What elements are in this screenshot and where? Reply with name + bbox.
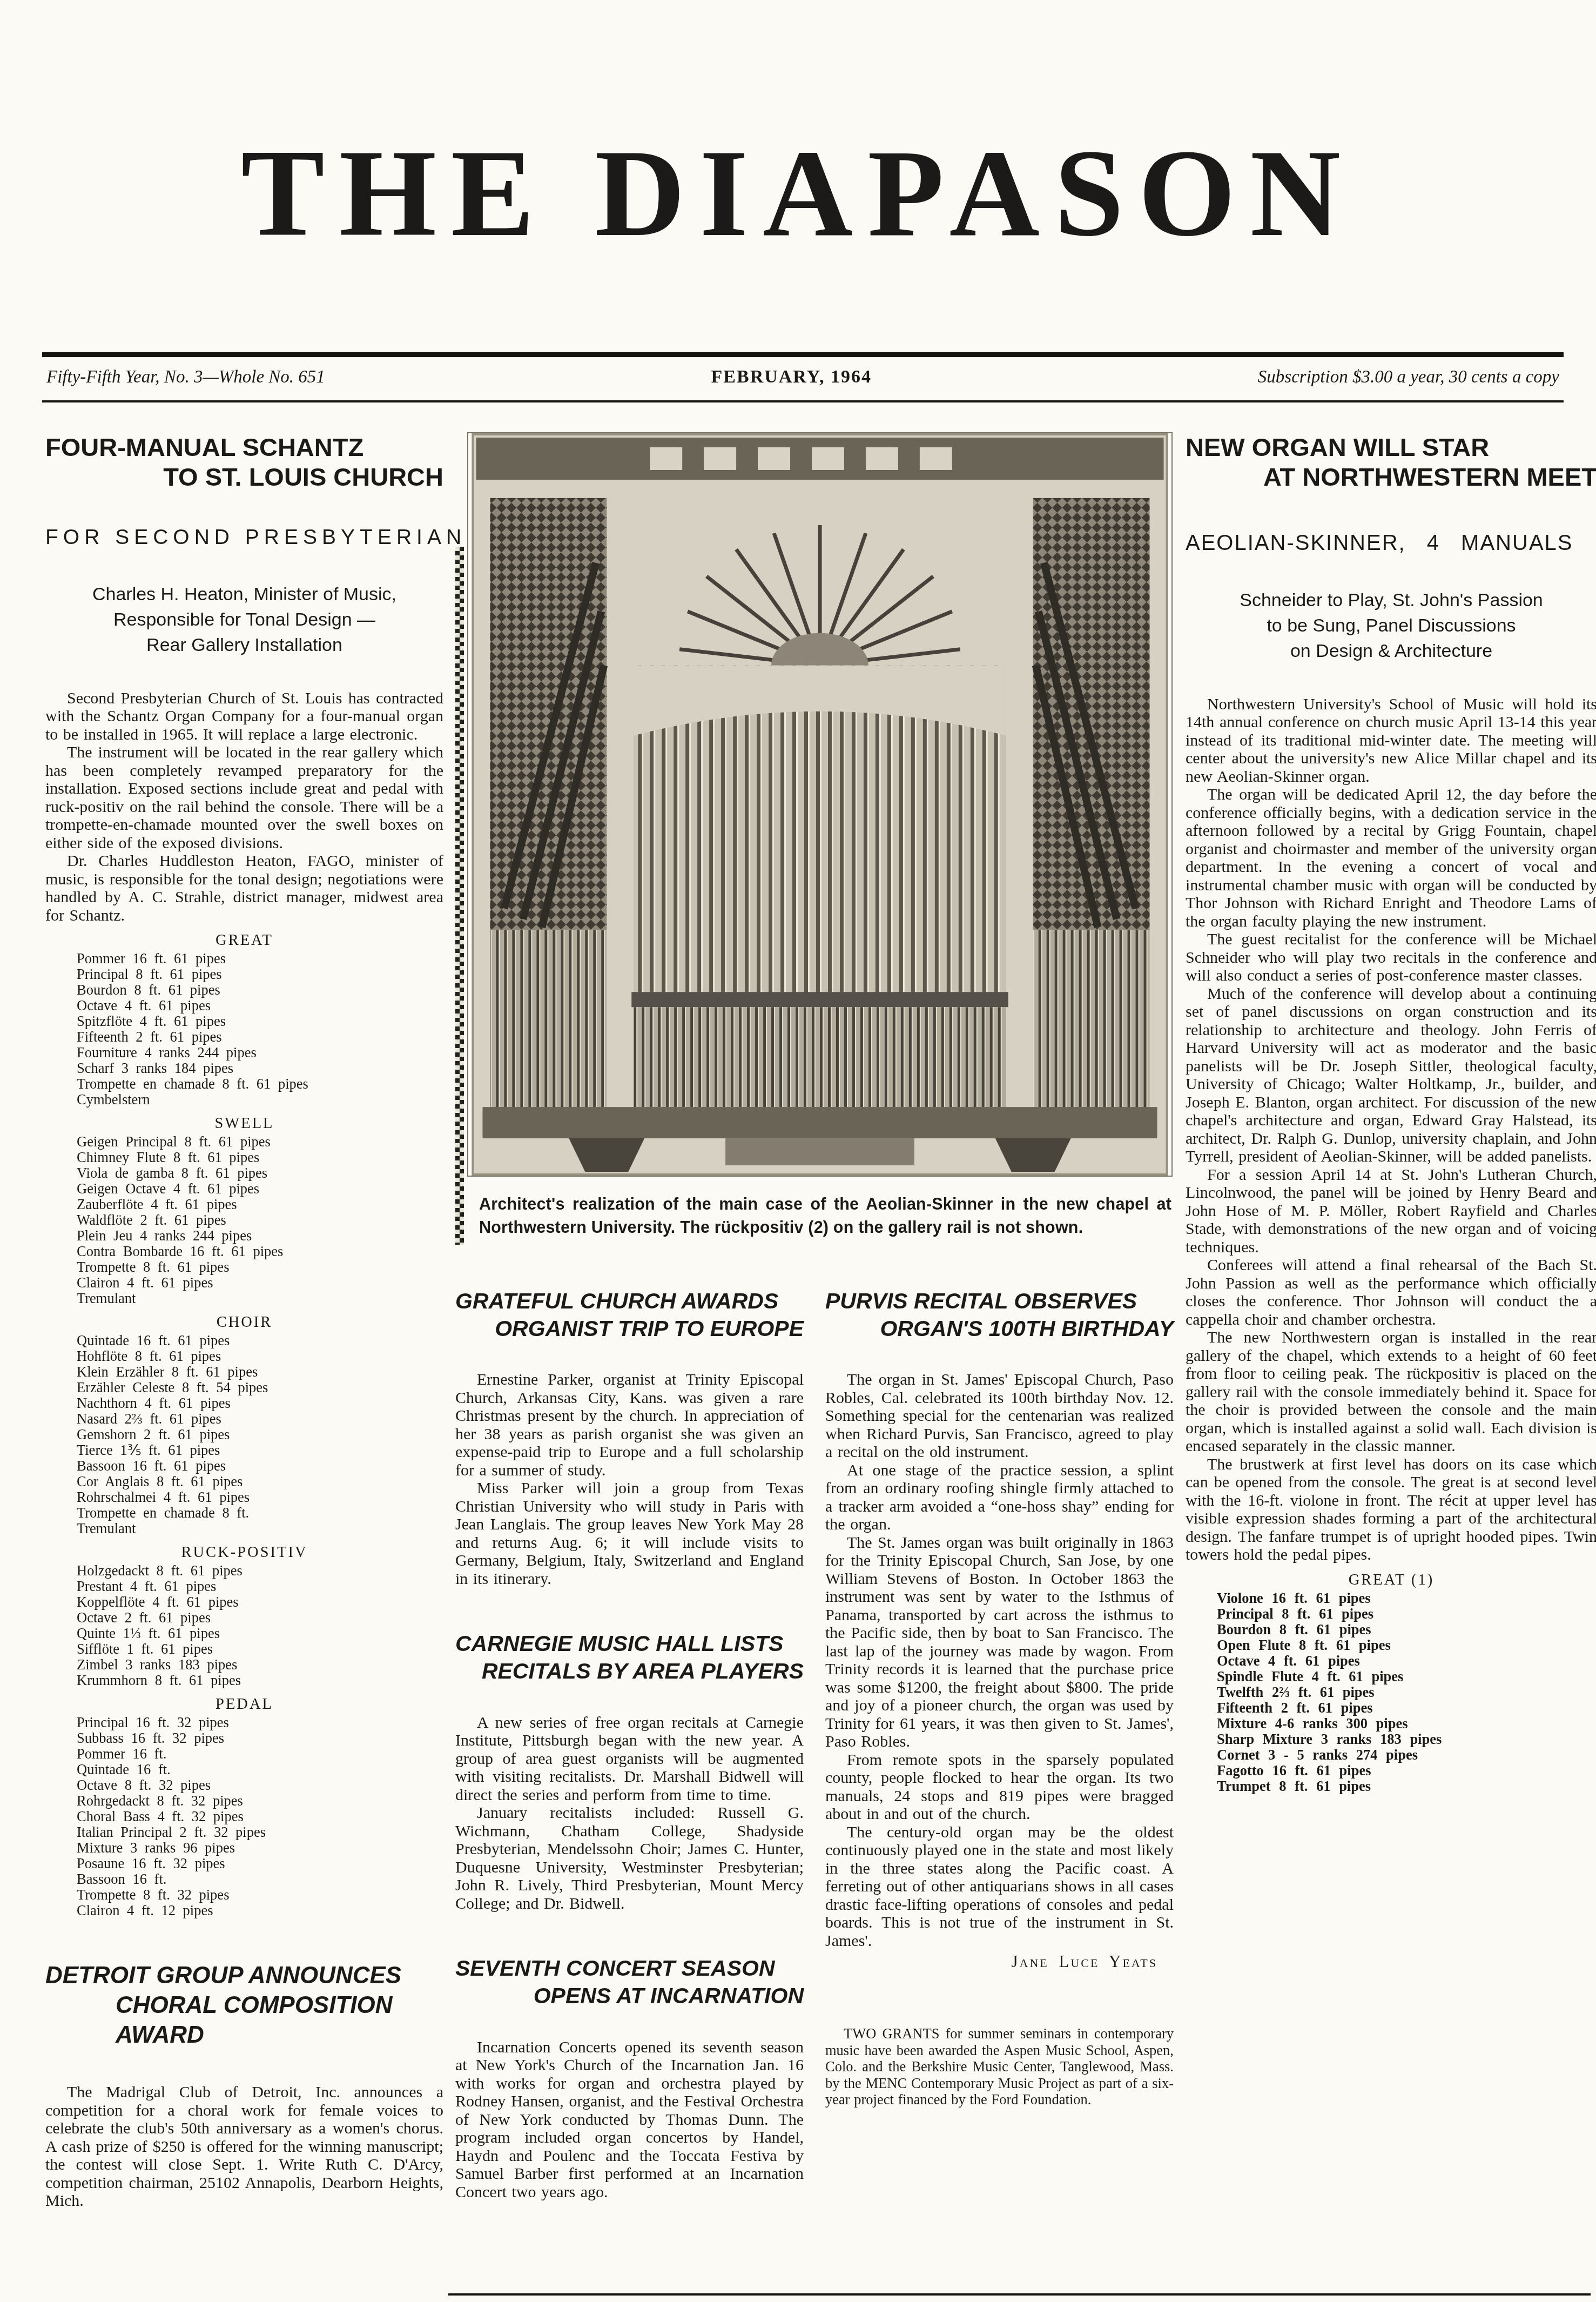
paragraph: The guest recitalist for the conference … bbox=[1186, 930, 1596, 985]
stop-item: Holzgedackt 8 ft. 61 pipes bbox=[77, 1563, 443, 1579]
stop-item: Chimney Flute 8 ft. 61 pipes bbox=[77, 1150, 443, 1165]
newspaper-page: THE DIAPASON Fifty-Fifth Year, No. 3—Who… bbox=[0, 0, 1596, 2302]
detroit-body: The Madrigal Club of Detroit, Inc. annou… bbox=[45, 2083, 443, 2210]
headline-line: GRATEFUL CHURCH AWARDS bbox=[455, 1288, 778, 1313]
stop-item: Clairon 4 ft. 61 pipes bbox=[77, 1275, 443, 1291]
stop-item: Fagotto 16 ft. 61 pipes bbox=[1217, 1763, 1596, 1778]
headline-line: TO ST. LOUIS CHURCH bbox=[45, 462, 443, 492]
stoplist-swell: SWELL Geigen Principal 8 ft. 61 pipesChi… bbox=[45, 1115, 443, 1306]
purvis-byline: Jane Luce Yeats bbox=[825, 1952, 1174, 1971]
stop-item: Open Flute 8 ft. 61 pipes bbox=[1217, 1637, 1596, 1653]
division-heading: GREAT (1) bbox=[1186, 1572, 1596, 1589]
stop-item: Hohflöte 8 ft. 61 pipes bbox=[77, 1348, 443, 1364]
paragraph: The organ will be dedicated April 12, th… bbox=[1186, 786, 1596, 930]
paragraph: Second Presbyterian Church of St. Louis … bbox=[45, 689, 443, 744]
stoplist-pedal: PEDAL Principal 16 ft. 32 pipesSubbass 1… bbox=[45, 1696, 443, 1918]
deck-line: Charles H. Heaton, Minister of Music, bbox=[45, 582, 443, 607]
stop-item: Zauberflöte 4 ft. 61 pipes bbox=[77, 1197, 443, 1212]
right-column: NEW ORGAN WILL STAR AT NORTHWESTERN MEET… bbox=[1186, 432, 1596, 2243]
stoplist-ruck-positiv: RUCK-POSITIV Holzgedackt 8 ft. 61 pipesP… bbox=[45, 1544, 443, 1688]
schantz-subhead: FOR SECOND PRESBYTERIAN bbox=[45, 526, 443, 549]
stop-item: Koppelflöte 4 ft. 61 pipes bbox=[77, 1594, 443, 1610]
paragraph: Conferees will attend a final rehearsal … bbox=[1186, 1256, 1596, 1328]
dateline-volume: Fifty-Fifth Year, No. 3—Whole No. 651 bbox=[46, 367, 325, 387]
center-column: Architect's realization of the main case… bbox=[455, 432, 1174, 2243]
division-heading: GREAT bbox=[45, 932, 443, 949]
stop-item: Cymbelstern bbox=[77, 1092, 443, 1108]
deck-line: Responsible for Tonal Design — bbox=[45, 607, 443, 633]
deck-line: Rear Gallery Installation bbox=[45, 633, 443, 658]
northwestern-subhead: AEOLIAN-SKINNER, 4 MANUALS bbox=[1186, 531, 1596, 555]
stop-item: Cor Anglais 8 ft. 61 pipes bbox=[77, 1474, 443, 1489]
stop-item: Principal 8 ft. 61 pipes bbox=[77, 967, 443, 982]
stop-item: Bassoon 16 ft. bbox=[77, 1871, 443, 1887]
incarnation-headline: SEVENTH CONCERT SEASON OPENS AT INCARNAT… bbox=[455, 1955, 804, 2010]
stop-item: Scharf 3 ranks 184 pipes bbox=[77, 1061, 443, 1076]
carnegie-article: CARNEGIE MUSIC HALL LISTS RECITALS BY AR… bbox=[455, 1630, 804, 1912]
stop-item: Pommer 16 ft. 61 pipes bbox=[77, 951, 443, 967]
stop-item: Klein Erzähler 8 ft. 61 pipes bbox=[77, 1364, 443, 1380]
stop-item: Geigen Octave 4 ft. 61 pipes bbox=[77, 1181, 443, 1197]
division-heading: RUCK-POSITIV bbox=[45, 1544, 443, 1561]
photo-border-ornament bbox=[455, 547, 464, 1245]
stop-item: Erzähler Celeste 8 ft. 54 pipes bbox=[77, 1380, 443, 1395]
stop-item: Waldflöte 2 ft. 61 pipes bbox=[77, 1212, 443, 1228]
deck-line: Schneider to Play, St. John's Passion bbox=[1186, 588, 1596, 613]
stop-item: Quintade 16 ft. 61 pipes bbox=[77, 1333, 443, 1348]
stop-item: Krummhorn 8 ft. 61 pipes bbox=[77, 1673, 443, 1688]
stop-item: Fifteenth 2 ft. 61 pipes bbox=[77, 1029, 443, 1045]
stop-item: Sifflöte 1 ft. 61 pipes bbox=[77, 1641, 443, 1657]
purvis-article: PURVIS RECITAL OBSERVES ORGAN'S 100TH BI… bbox=[825, 1287, 1174, 1972]
stop-item: Quintade 16 ft. bbox=[77, 1762, 443, 1777]
headline-line: SEVENTH CONCERT SEASON bbox=[455, 1956, 775, 1981]
schantz-headline: FOUR-MANUAL SCHANTZ TO ST. LOUIS CHURCH bbox=[45, 432, 443, 492]
division-heading: PEDAL bbox=[45, 1696, 443, 1713]
headline-line: NEW ORGAN WILL STAR bbox=[1186, 433, 1489, 461]
purvis-body: The organ in St. James' Episcopal Church… bbox=[825, 1371, 1174, 1950]
headline-line: ORGANIST TRIP TO EUROPE bbox=[455, 1315, 804, 1343]
paragraph: The instrument will be located in the re… bbox=[45, 743, 443, 852]
paragraph: Miss Parker will join a group from Texas… bbox=[455, 1479, 804, 1588]
stoplist-great-aeolian: GREAT (1) Violone 16 ft. 61 pipesPrincip… bbox=[1186, 1572, 1596, 1794]
stop-item: Octave 4 ft. 61 pipes bbox=[1217, 1653, 1596, 1669]
stop-item: Nasard 2⅔ ft. 61 pipes bbox=[77, 1411, 443, 1427]
paragraph: Northwestern University's School of Musi… bbox=[1186, 695, 1596, 786]
stop-item: Fifteenth 2 ft. 61 pipes bbox=[1217, 1700, 1596, 1716]
stop-item: Tremulant bbox=[77, 1521, 443, 1536]
stop-item: Clairon 4 ft. 12 pipes bbox=[77, 1903, 443, 1918]
left-column: FOUR-MANUAL SCHANTZ TO ST. LOUIS CHURCH … bbox=[45, 432, 443, 2243]
deck-line: to be Sung, Panel Discussions bbox=[1186, 613, 1596, 639]
headline-line: CHORAL COMPOSITION AWARD bbox=[45, 1990, 443, 2050]
headline-line: OPENS AT INCARNATION bbox=[455, 1982, 804, 2010]
detroit-headline: DETROIT GROUP ANNOUNCES CHORAL COMPOSITI… bbox=[45, 1961, 443, 2050]
northwestern-body: Northwestern University's School of Musi… bbox=[1186, 695, 1596, 1564]
grateful-headline: GRATEFUL CHURCH AWARDS ORGANIST TRIP TO … bbox=[455, 1287, 804, 1343]
headline-line: RECITALS BY AREA PLAYERS bbox=[455, 1657, 804, 1685]
stop-item: Subbass 16 ft. 32 pipes bbox=[77, 1730, 443, 1746]
paragraph: The organ in St. James' Episcopal Church… bbox=[825, 1371, 1174, 1461]
incarnation-article: SEVENTH CONCERT SEASON OPENS AT INCARNAT… bbox=[455, 1955, 804, 2201]
stop-item: Octave 8 ft. 32 pipes bbox=[77, 1777, 443, 1793]
grateful-article: GRATEFUL CHURCH AWARDS ORGANIST TRIP TO … bbox=[455, 1287, 804, 1588]
deck-line: on Design & Architecture bbox=[1186, 639, 1596, 664]
paragraph: A new series of free organ recitals at C… bbox=[455, 1714, 804, 1804]
division-heading: SWELL bbox=[45, 1115, 443, 1132]
stop-item: Mixture 3 ranks 96 pipes bbox=[77, 1840, 443, 1856]
paragraph: The Madrigal Club of Detroit, Inc. annou… bbox=[45, 2083, 443, 2210]
stop-item: Bassoon 16 ft. 61 pipes bbox=[77, 1458, 443, 1474]
dateline-date: FEBRUARY, 1964 bbox=[711, 367, 872, 387]
stop-item: Cornet 3 - 5 ranks 274 pipes bbox=[1217, 1747, 1596, 1763]
paragraph: The brustwerk at first level has doors o… bbox=[1186, 1455, 1596, 1564]
dateline-subscription: Subscription $3.00 a year, 30 cents a co… bbox=[1258, 367, 1559, 387]
organ-illustration bbox=[467, 432, 1173, 1177]
stop-item: Viola de gamba 8 ft. 61 pipes bbox=[77, 1165, 443, 1181]
carnegie-body: A new series of free organ recitals at C… bbox=[455, 1714, 804, 1913]
stop-item: Mixture 4-6 ranks 300 pipes bbox=[1217, 1716, 1596, 1731]
stop-item: Gemshorn 2 ft. 61 pipes bbox=[77, 1427, 443, 1442]
stop-item: Fourniture 4 ranks 244 pipes bbox=[77, 1045, 443, 1061]
stop-item: Quinte 1⅓ ft. 61 pipes bbox=[77, 1626, 443, 1641]
two-grants-note: TWO GRANTS for summer seminars in contem… bbox=[825, 2025, 1174, 2108]
paragraph: Dr. Charles Huddleston Heaton, FAGO, min… bbox=[45, 852, 443, 924]
stop-item: Octave 2 ft. 61 pipes bbox=[77, 1610, 443, 1626]
paragraph: The century-old organ may be the oldest … bbox=[825, 1823, 1174, 1950]
paragraph: January recitalists included: Russell G.… bbox=[455, 1804, 804, 1912]
stop-item: Violone 16 ft. 61 pipes bbox=[1217, 1590, 1596, 1606]
schantz-deck: Charles H. Heaton, Minister of Music,Res… bbox=[45, 582, 443, 658]
paragraph: At one stage of the practice session, a … bbox=[825, 1461, 1174, 1534]
stop-item: Zimbel 3 ranks 183 pipes bbox=[77, 1657, 443, 1673]
paragraph: Ernestine Parker, organist at Trinity Ep… bbox=[455, 1371, 804, 1479]
stop-item: Prestant 4 ft. 61 pipes bbox=[77, 1579, 443, 1594]
stop-item: Rohrgedackt 8 ft. 32 pipes bbox=[77, 1793, 443, 1809]
stop-item: Trompette 8 ft. 32 pipes bbox=[77, 1887, 443, 1903]
stop-item: Plein Jeu 4 ranks 244 pipes bbox=[77, 1228, 443, 1244]
northwestern-deck: Schneider to Play, St. John's Passionto … bbox=[1186, 588, 1596, 664]
headline-line: PURVIS RECITAL OBSERVES bbox=[825, 1288, 1137, 1313]
stop-item: Spitzflöte 4 ft. 61 pipes bbox=[77, 1014, 443, 1029]
grateful-body: Ernestine Parker, organist at Trinity Ep… bbox=[455, 1371, 804, 1588]
paragraph: Much of the conference will develop abou… bbox=[1186, 985, 1596, 1166]
paragraph: From remote spots in the sparsely popula… bbox=[825, 1751, 1174, 1823]
dateline: Fifty-Fifth Year, No. 3—Whole No. 651 FE… bbox=[42, 352, 1564, 402]
carnegie-headline: CARNEGIE MUSIC HALL LISTS RECITALS BY AR… bbox=[455, 1630, 804, 1686]
stop-item: Trumpet 8 ft. 61 pipes bbox=[1217, 1778, 1596, 1794]
stop-item: Contra Bombarde 16 ft. 61 pipes bbox=[77, 1244, 443, 1259]
masthead-title: THE DIAPASON bbox=[0, 131, 1596, 256]
northwestern-headline: NEW ORGAN WILL STAR AT NORTHWESTERN MEET bbox=[1186, 432, 1596, 492]
incarnation-body: Incarnation Concerts opened its seventh … bbox=[455, 2038, 804, 2202]
stop-item: Posaune 16 ft. 32 pipes bbox=[77, 1856, 443, 1871]
stop-item: Principal 16 ft. 32 pipes bbox=[77, 1715, 443, 1730]
stop-item: Tierce 1⅗ ft. 61 pipes bbox=[77, 1442, 443, 1458]
bottom-rule bbox=[448, 2293, 1591, 2296]
stop-item: Bourdon 8 ft. 61 pipes bbox=[1217, 1622, 1596, 1637]
purvis-headline: PURVIS RECITAL OBSERVES ORGAN'S 100TH BI… bbox=[825, 1287, 1174, 1343]
center-left-subcolumn: GRATEFUL CHURCH AWARDS ORGANIST TRIP TO … bbox=[455, 1287, 804, 2244]
headline-line: FOUR-MANUAL SCHANTZ bbox=[45, 433, 363, 461]
paragraph: The new Northwestern organ is installed … bbox=[1186, 1328, 1596, 1455]
stop-item: Trompette 8 ft. 61 pipes bbox=[77, 1259, 443, 1275]
stop-item: Rohrschalmei 4 ft. 61 pipes bbox=[77, 1489, 443, 1505]
stoplist-great: GREAT Pommer 16 ft. 61 pipesPrincipal 8 … bbox=[45, 932, 443, 1108]
stop-item: Geigen Principal 8 ft. 61 pipes bbox=[77, 1134, 443, 1150]
headline-line: DETROIT GROUP ANNOUNCES bbox=[45, 1962, 401, 1989]
stop-item: Octave 4 ft. 61 pipes bbox=[77, 998, 443, 1014]
stop-item: Twelfth 2⅔ ft. 61 pipes bbox=[1217, 1684, 1596, 1700]
paragraph: Incarnation Concerts opened its seventh … bbox=[455, 2038, 804, 2202]
stop-item: Choral Bass 4 ft. 32 pipes bbox=[77, 1809, 443, 1824]
center-right-subcolumn: PURVIS RECITAL OBSERVES ORGAN'S 100TH BI… bbox=[825, 1287, 1174, 2244]
center-articles: GRATEFUL CHURCH AWARDS ORGANIST TRIP TO … bbox=[455, 1287, 1174, 2244]
stoplist-choir: CHOIR Quintade 16 ft. 61 pipesHohflöte 8… bbox=[45, 1314, 443, 1536]
stop-item: Sharp Mixture 3 ranks 183 pipes bbox=[1217, 1731, 1596, 1747]
detroit-article: DETROIT GROUP ANNOUNCES CHORAL COMPOSITI… bbox=[45, 1961, 443, 2210]
stop-item: Nachthorn 4 ft. 61 pipes bbox=[77, 1395, 443, 1411]
headline-line: AT NORTHWESTERN MEET bbox=[1186, 462, 1596, 492]
stop-item: Trompette en chamade 8 ft. 61 pipes bbox=[77, 1076, 443, 1092]
headline-line: CARNEGIE MUSIC HALL LISTS bbox=[455, 1631, 783, 1656]
schantz-body: Second Presbyterian Church of St. Louis … bbox=[45, 689, 443, 925]
photo-block: Architect's realization of the main case… bbox=[455, 432, 1174, 1240]
stop-item: Italian Principal 2 ft. 32 pipes bbox=[77, 1824, 443, 1840]
stop-item: Spindle Flute 4 ft. 61 pipes bbox=[1217, 1669, 1596, 1684]
stop-item: Principal 8 ft. 61 pipes bbox=[1217, 1606, 1596, 1622]
stop-item: Trompette en chamade 8 ft. bbox=[77, 1505, 443, 1521]
paragraph: For a session April 14 at St. John's Lut… bbox=[1186, 1166, 1596, 1257]
photo-caption: Architect's realization of the main case… bbox=[479, 1193, 1171, 1240]
stop-item: Bourdon 8 ft. 61 pipes bbox=[77, 982, 443, 998]
stop-item: Pommer 16 ft. bbox=[77, 1746, 443, 1762]
page-columns: FOUR-MANUAL SCHANTZ TO ST. LOUIS CHURCH … bbox=[45, 432, 1573, 2243]
headline-line: ORGAN'S 100TH BIRTHDAY bbox=[825, 1315, 1174, 1343]
paragraph: The St. James organ was built originally… bbox=[825, 1534, 1174, 1751]
stop-item: Tremulant bbox=[77, 1291, 443, 1306]
division-heading: CHOIR bbox=[45, 1314, 443, 1331]
